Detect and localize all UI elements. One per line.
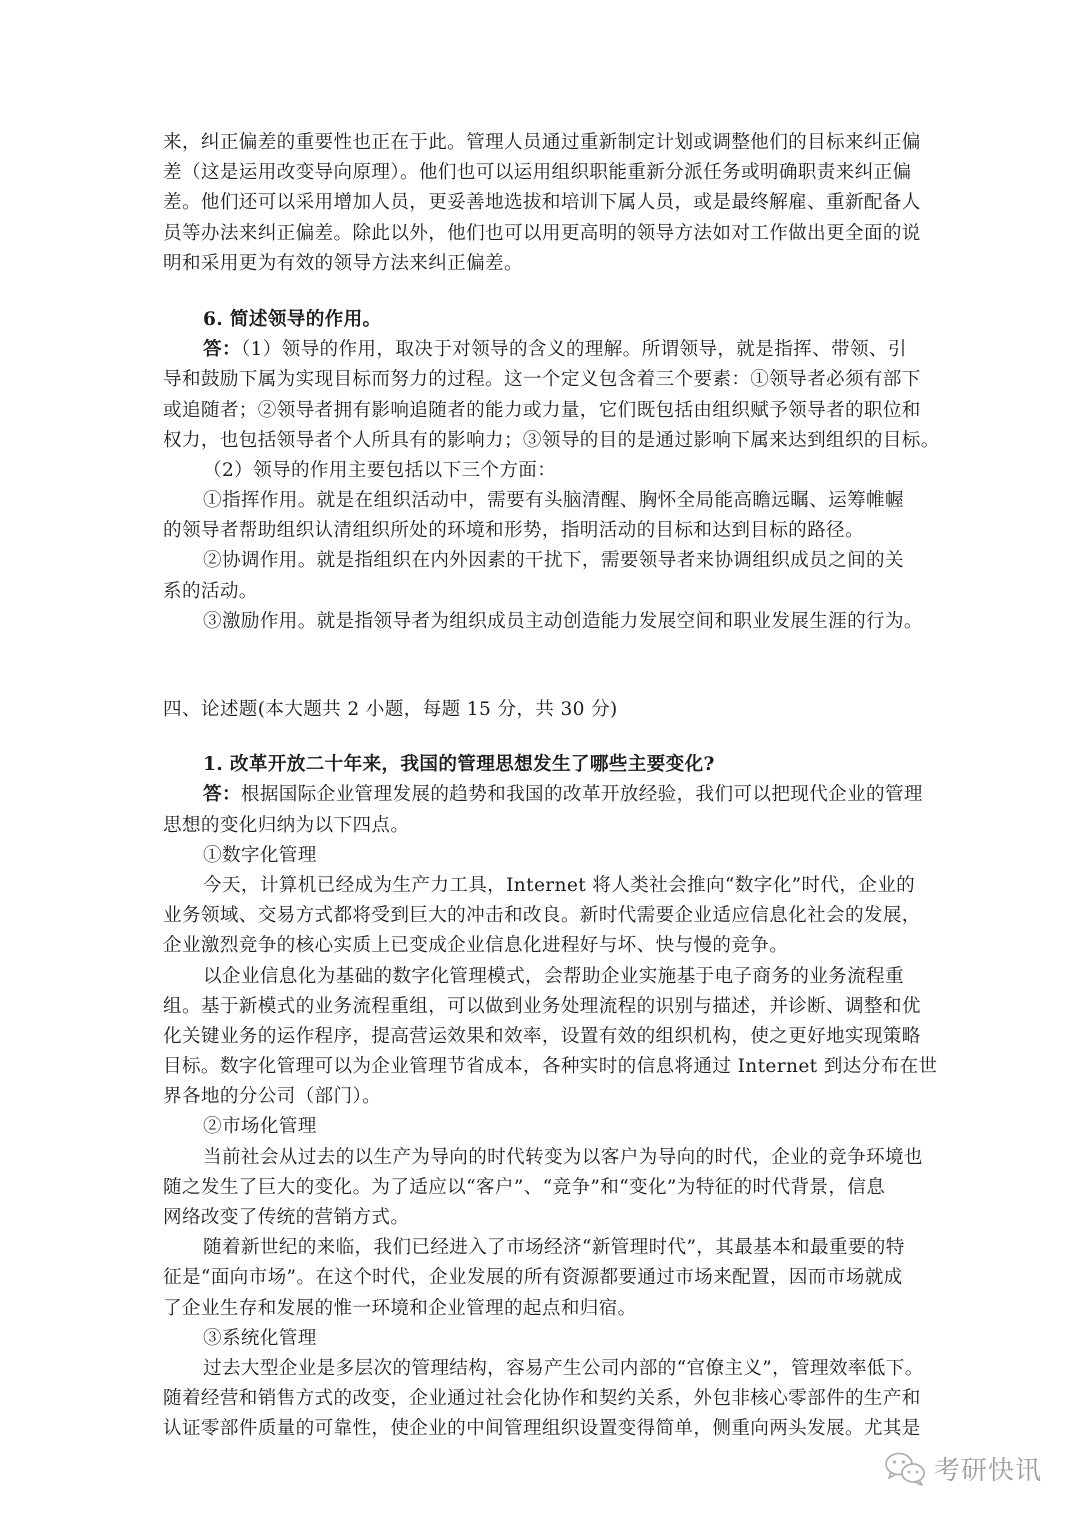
text-line: 随着新世纪的来临，我们已经进入了市场经济“新管理时代”，其最基本和最重要的特 <box>163 1233 920 1263</box>
question-title: 6. 简述领导的作用。 <box>163 305 920 335</box>
text-line: 的领导者帮助组织认清组织所处的环境和形势，指明活动的目标和达到目标的路径。 <box>163 516 920 546</box>
text-line: 差（这是运用改变导向原理）。他们也可以运用组织职能重新分派任务或明确职责来纠正偏 <box>163 158 920 188</box>
text-line: 认证零部件质量的可靠性，使企业的中间管理组织设置变得简单，侧重向两头发展。尤其是 <box>163 1414 920 1444</box>
text-line: ①指挥作用。就是在组织活动中，需要有头脑清醒、胸怀全局能高瞻远瞩、运筹帷幄 <box>163 486 920 516</box>
question-title: 1. 改革开放二十年来，我国的管理思想发生了哪些主要变化? <box>163 750 920 780</box>
text-line: 界各地的分公司（部门）。 <box>163 1082 920 1112</box>
text-line: 员等办法来纠正偏差。除此以外，他们也可以用更高明的领导方法如对工作做出更全面的说 <box>163 219 920 249</box>
text-line: 当前社会从过去的以生产为导向的时代转变为以客户为导向的时代，企业的竞争环境也 <box>163 1143 920 1173</box>
text-line: 权力，也包括领导者个人所具有的影响力；③领导的目的是通过影响下属来达到组织的目标… <box>163 426 920 456</box>
section-heading: 四、论述题(本大题共 2 小题，每题 15 分，共 30 分) <box>163 695 920 725</box>
text-line: 思想的变化归纳为以下四点。 <box>163 811 920 841</box>
text-line: 了企业生存和发展的惟一环境和企业管理的起点和归宿。 <box>163 1294 920 1324</box>
subheading: ③系统化管理 <box>163 1324 920 1354</box>
answer-label: 答： <box>203 339 241 360</box>
text-line: 网络改变了传统的营销方式。 <box>163 1203 920 1233</box>
spacer <box>163 725 920 750</box>
document-page: 来，纠正偏差的重要性也正在于此。管理人员通过重新制定计划或调整他们的目标来纠正偏… <box>163 128 920 1445</box>
text-line: 系的活动。 <box>163 577 920 607</box>
text-line: 随着经营和销售方式的改变，企业通过社会化协作和契约关系，外包非核心零部件的生产和 <box>163 1384 920 1414</box>
text-line: ②协调作用。就是指组织在内外因素的干扰下，需要领导者来协调组织成员之间的关 <box>163 546 920 576</box>
text-line: 过去大型企业是多层次的管理结构，容易产生公司内部的“官僚主义”，管理效率低下。 <box>163 1354 920 1384</box>
question-6: 6. 简述领导的作用。 答：（1）领导的作用，取决于对领导的含义的理解。所谓领导… <box>163 305 920 637</box>
text-line: 随之发生了巨大的变化。为了适应以“客户”、“竞争”和“变化”为特征的时代背景，信… <box>163 1173 920 1203</box>
subheading: ①数字化管理 <box>163 841 920 871</box>
spacer <box>163 279 920 305</box>
text-line: 业务领域、交易方式都将受到巨大的冲击和改良。新时代需要企业适应信息化社会的发展， <box>163 901 920 931</box>
answer-label: 答： <box>203 784 241 805</box>
text-line: 组。基于新模式的业务流程重组，可以做到业务处理流程的识别与描述，并诊断、调整和优 <box>163 992 920 1022</box>
answer-line: 答：根据国际企业管理发展的趋势和我国的改革开放经验，我们可以把现代企业的管理 <box>163 780 920 810</box>
text-line: 以企业信息化为基础的数字化管理模式，会帮助企业实施基于电子商务的业务流程重 <box>163 962 920 992</box>
wechat-icon <box>884 1451 928 1487</box>
subheading: ②市场化管理 <box>163 1112 920 1142</box>
text-line: 导和鼓励下属为实现目标而努力的过程。这一个定义包含着三个要素：①领导者必须有部下 <box>163 365 920 395</box>
text-line: 企业激烈竞争的核心实质上已变成企业信息化进程好与坏、快与慢的竞争。 <box>163 931 920 961</box>
essay-question-1: 1. 改革开放二十年来，我国的管理思想发生了哪些主要变化? 答：根据国际企业管理… <box>163 750 920 1444</box>
answer-line: 答：（1）领导的作用，取决于对领导的含义的理解。所谓领导，就是指挥、带领、引 <box>163 335 920 365</box>
part2-intro: （2）领导的作用主要包括以下三个方面： <box>163 456 920 486</box>
text-line: 征是“面向市场”。在这个时代，企业发展的所有资源都要通过市场来配置，因而市场就成 <box>163 1263 920 1293</box>
continued-paragraph: 来，纠正偏差的重要性也正在于此。管理人员通过重新制定计划或调整他们的目标来纠正偏… <box>163 128 920 279</box>
text-line: 今天，计算机已经成为生产力工具，Internet 将人类社会推向“数字化”时代，… <box>163 871 920 901</box>
spacer <box>163 637 920 695</box>
answer-text: （1）领导的作用，取决于对领导的含义的理解。所谓领导，就是指挥、带领、引 <box>241 339 907 360</box>
text-line: 来，纠正偏差的重要性也正在于此。管理人员通过重新制定计划或调整他们的目标来纠正偏 <box>163 128 920 158</box>
text-line: 明和采用更为有效的领导方法来纠正偏差。 <box>163 249 920 279</box>
watermark: 考研快讯 <box>884 1450 1042 1487</box>
text-line: 化关键业务的运作程序，提高营运效果和效率，设置有效的组织机构，使之更好地实现策略 <box>163 1022 920 1052</box>
text-line: ③激励作用。就是指领导者为组织成员主动创造能力发展空间和职业发展生涯的行为。 <box>163 607 920 637</box>
text-line: 差。他们还可以采用增加人员，更妥善地选拔和培训下属人员，或是最终解雇、重新配备人 <box>163 188 920 218</box>
watermark-text: 考研快讯 <box>934 1450 1042 1487</box>
text-line: 或追随者；②领导者拥有影响追随者的能力或力量，它们既包括由组织赋予领导者的职位和 <box>163 396 920 426</box>
answer-text: 根据国际企业管理发展的趋势和我国的改革开放经验，我们可以把现代企业的管理 <box>241 784 923 805</box>
text-line: 目标。数字化管理可以为企业管理节省成本，各种实时的信息将通过 Internet … <box>163 1052 920 1082</box>
